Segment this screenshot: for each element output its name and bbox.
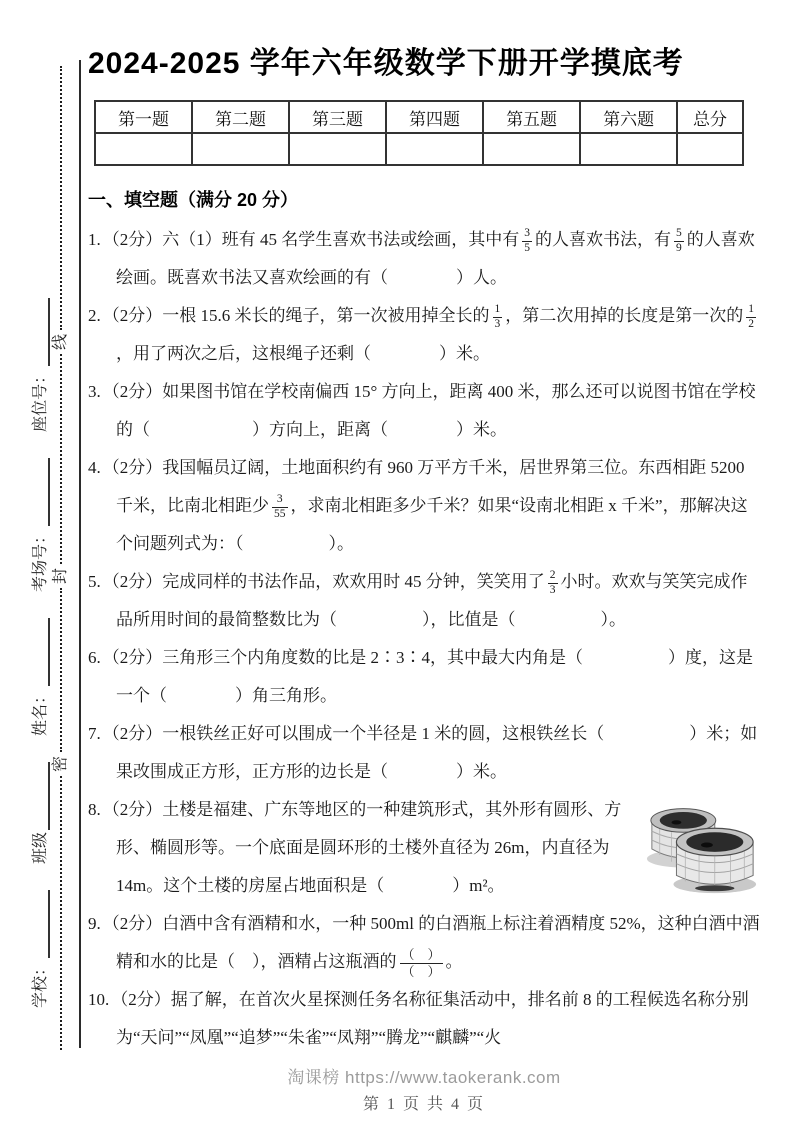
- tulou-illustration: [644, 793, 760, 895]
- question-1: 1.（2分）六（1）班有 45 名学生喜欢书法或绘画，其中有35的人喜欢书法，有…: [88, 221, 760, 297]
- fraction: 23: [548, 569, 558, 598]
- page-footer: 淘课榜 https://www.taokerank.com 第 1 页 共 4 …: [88, 1063, 760, 1114]
- sidebar-field-blank: [30, 458, 50, 526]
- seal-char: 密: [49, 756, 73, 772]
- score-table-value-cell: [580, 133, 677, 165]
- question-7: 7.（2分）一根铁丝正好可以围成一个半径是 1 米的圆，这根铁丝长（ ）米；如果…: [88, 715, 760, 791]
- section-heading: 一、填空题（满分 20 分）: [88, 186, 760, 212]
- question-score: （2分）: [103, 724, 163, 743]
- question-score: （2分）: [103, 230, 163, 249]
- question-text: 完成同样的书法作品，欢欢用时 45 分钟，笑笑用了: [162, 572, 545, 591]
- score-table: 第一题第二题第三题第四题第五题第六题总分: [94, 100, 744, 166]
- sidebar-field: 班级: [27, 762, 50, 864]
- question-number: 1.: [88, 230, 101, 249]
- question-text: 一根铁丝正好可以围成一个半径是 1 米的圆，这根铁丝长（ ）米；如果改围成正方形…: [116, 724, 757, 781]
- fraction: （ ）（ ）: [400, 947, 443, 979]
- seal-border-line: [79, 60, 81, 1048]
- question-8: 8.（2分）土楼是福建、广东等地区的一种建筑形式，其外形有圆形、方形、椭圆形等。…: [88, 791, 760, 905]
- seal-dotted-line: 线封密: [53, 66, 69, 1050]
- fraction: 13: [493, 303, 503, 332]
- fraction-denominator: 3: [548, 583, 558, 598]
- seal-dot-segment: [60, 354, 62, 564]
- fraction-numerator: 5: [674, 227, 684, 241]
- score-table-value-cell: [677, 133, 743, 165]
- sidebar-field: 姓名：: [27, 618, 50, 736]
- question-text: 的人喜欢书法，有: [535, 230, 671, 249]
- fraction-denominator: 3: [493, 317, 503, 332]
- question-score: （2分）: [103, 648, 163, 667]
- question-number: 3.: [88, 382, 101, 401]
- fraction-denominator: 2: [746, 317, 756, 332]
- question-score: （2分）: [103, 306, 163, 325]
- sidebar-field-label: 学校：: [27, 960, 50, 1008]
- score-table-value-cell: [483, 133, 580, 165]
- seal-char: 线: [49, 334, 73, 350]
- question-text: ，用了两次之后，这根绳子还剩（ ）米。: [116, 344, 490, 363]
- question-text: 如果图书馆在学校南偏西 15° 方向上，距离 400 米，那么还可以说图书馆在学…: [116, 382, 756, 439]
- question-score: （2分）: [103, 382, 163, 401]
- sidebar-field-label: 考场号：: [27, 528, 50, 592]
- question-5: 5.（2分）完成同样的书法作品，欢欢用时 45 分钟，笑笑用了23小时。欢欢与笑…: [88, 563, 760, 639]
- questions: 1.（2分）六（1）班有 45 名学生喜欢书法或绘画，其中有35的人喜欢书法，有…: [88, 221, 760, 1057]
- question-number: 7.: [88, 724, 101, 743]
- fraction-denominator: 9: [674, 241, 684, 256]
- sidebar-field-blank: [30, 762, 50, 830]
- content-area: 2024-2025 学年六年级数学下册开学摸底考 第一题第二题第三题第四题第五题…: [88, 42, 760, 1057]
- question-3: 3.（2分）如果图书馆在学校南偏西 15° 方向上，距离 400 米，那么还可以…: [88, 373, 760, 449]
- question-9: 9.（2分）白酒中含有酒精和水，一种 500ml 的白酒瓶上标注着酒精度 52%…: [88, 905, 760, 981]
- sidebar-field-label: 班级: [27, 832, 50, 864]
- exam-paper-page: 线封密 学校：班级姓名：考场号：座位号： 2024-2025 学年六年级数学下册…: [0, 0, 792, 1122]
- sidebar-field-label: 座位号：: [27, 368, 50, 432]
- question-4: 4.（2分）我国幅员辽阔，土地面积约有 960 万平方千米，居世界第三位。东西相…: [88, 449, 760, 563]
- sidebar-field: 学校：: [27, 890, 50, 1008]
- question-10: 10.（2分）据了解，在首次火星探测任务名称征集活动中，排名前 8 的工程候选名…: [88, 981, 760, 1057]
- score-table-header-cell: 第一题: [95, 101, 192, 133]
- question-text: 。: [446, 952, 463, 971]
- score-table-header-cell: 总分: [677, 101, 743, 133]
- sidebar-field: 考场号：: [27, 458, 50, 592]
- score-table-header-cell: 第二题: [192, 101, 289, 133]
- score-table-header-row: 第一题第二题第三题第四题第五题第六题总分: [95, 101, 743, 133]
- question-text: 土楼是福建、广东等地区的一种建筑形式，其外形有圆形、方形、椭圆形等。一个底面是圆…: [116, 800, 621, 895]
- fraction: 12: [746, 303, 756, 332]
- sidebar-field-blank: [30, 298, 50, 366]
- fraction: 35: [522, 227, 532, 256]
- question-text: 一根 15.6 米长的绳子，第一次被用掉全长的: [162, 306, 489, 325]
- fraction-numerator: 2: [548, 569, 558, 583]
- fraction-denominator: 5: [522, 241, 532, 256]
- fraction-denominator: 55: [272, 507, 288, 522]
- question-2: 2.（2分）一根 15.6 米长的绳子，第一次被用掉全长的13，第二次用掉的长度…: [88, 297, 760, 373]
- question-number: 9.: [88, 914, 101, 933]
- question-score: （2分）: [103, 914, 163, 933]
- question-score: （2分）: [103, 800, 163, 819]
- question-number: 8.: [88, 800, 101, 819]
- score-table-header-cell: 第四题: [386, 101, 483, 133]
- question-number: 10.: [88, 990, 109, 1009]
- watermark-site-link: 淘课榜 https://www.taokerank.com: [88, 1063, 760, 1088]
- page-number: 第 1 页 共 4 页: [88, 1091, 760, 1114]
- sidebar-field-blank: [30, 618, 50, 686]
- fraction-numerator: 1: [493, 303, 503, 317]
- question-score: （2分）: [103, 572, 163, 591]
- question-text: 据了解，在首次火星探测任务名称征集活动中，排名前 8 的工程候选名称分别为“天问…: [116, 990, 749, 1047]
- sidebar-field-blank: [30, 890, 50, 958]
- page-title: 2024-2025 学年六年级数学下册开学摸底考: [88, 42, 760, 86]
- question-6: 6.（2分）三角形三个内角度数的比是 2∶3∶4，其中最大内角是（ ）度，这是一…: [88, 639, 760, 715]
- seal-dot-segment: [60, 776, 62, 1050]
- question-number: 2.: [88, 306, 101, 325]
- score-table-header-cell: 第六题: [580, 101, 677, 133]
- question-text: 三角形三个内角度数的比是 2∶3∶4，其中最大内角是（ ）度，这是一个（ ）角三…: [116, 648, 753, 705]
- fraction-numerator: 3: [522, 227, 532, 241]
- question-number: 6.: [88, 648, 101, 667]
- question-score: （2分）: [111, 990, 171, 1009]
- fraction-denominator: （ ）: [400, 963, 443, 980]
- fraction-numerator: 3: [275, 493, 285, 507]
- score-table-value-cell: [192, 133, 289, 165]
- question-number: 5.: [88, 572, 101, 591]
- seal-dot-segment: [60, 66, 62, 330]
- score-table-header-cell: 第五题: [483, 101, 580, 133]
- question-text: ，第二次用掉的长度是第一次的: [505, 306, 743, 325]
- fraction-numerator: （ ）: [400, 947, 443, 963]
- fraction: 355: [272, 493, 288, 522]
- question-number: 4.: [88, 458, 101, 477]
- sidebar-field-label: 姓名：: [27, 688, 50, 736]
- score-table-value-cell: [386, 133, 483, 165]
- score-table-header-cell: 第三题: [289, 101, 386, 133]
- seal-char: 封: [49, 568, 73, 584]
- student-info-fields: 学校：班级姓名：考场号：座位号：: [12, 180, 50, 1008]
- score-table-value-cell: [289, 133, 386, 165]
- fraction-numerator: 1: [746, 303, 756, 317]
- score-table-value-row: [95, 133, 743, 165]
- score-table-value-cell: [95, 133, 192, 165]
- question-score: （2分）: [103, 458, 163, 477]
- question-text: 六（1）班有 45 名学生喜欢书法或绘画，其中有: [162, 230, 519, 249]
- fraction: 59: [674, 227, 684, 256]
- seal-dot-segment: [60, 588, 62, 752]
- sidebar-field: 座位号：: [27, 298, 50, 432]
